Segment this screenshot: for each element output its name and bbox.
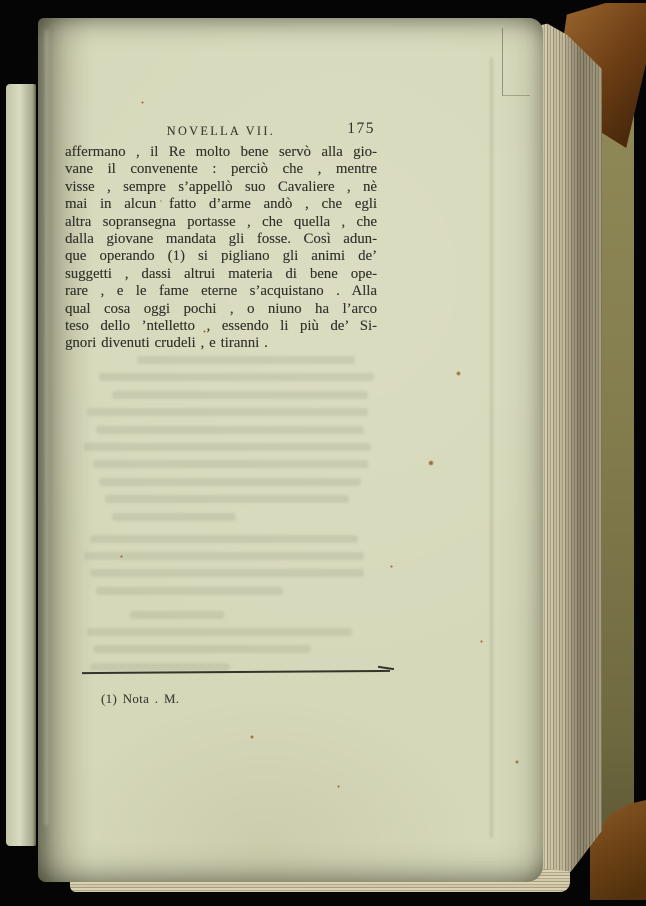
ghost-line bbox=[93, 645, 311, 653]
foxing-spot bbox=[390, 565, 393, 568]
text-line: dalla giovane mandata gli fosse. Così ad… bbox=[65, 231, 377, 248]
running-header: NOVELLA VII. 175 bbox=[65, 124, 377, 142]
text-line: rare , e le fame eterne s’acquistano . A… bbox=[65, 283, 377, 300]
ghost-line bbox=[96, 426, 364, 434]
ghost-line bbox=[84, 552, 365, 560]
ghost-line bbox=[87, 408, 368, 416]
text-line: suggetti , dassi altrui materia di bene … bbox=[65, 266, 377, 283]
ghost-line bbox=[137, 356, 355, 364]
foxing-spot bbox=[203, 330, 206, 333]
footnote: (1) Nota . M. bbox=[101, 692, 179, 707]
book-page: NOVELLA VII. 175 affermano , il Re molto… bbox=[38, 18, 543, 882]
page-number: 175 bbox=[347, 120, 375, 138]
ghost-line bbox=[105, 495, 348, 503]
ghost-line bbox=[90, 569, 365, 577]
page-corner-crease bbox=[502, 28, 530, 96]
ghost-line bbox=[99, 373, 374, 381]
text-line: vane il convenente : perciò che , mentre bbox=[65, 161, 377, 178]
text-line: visse , sempre s’appellò suo Cavaliere ,… bbox=[65, 179, 377, 196]
foxing-spot bbox=[120, 555, 123, 558]
water-stain bbox=[490, 58, 493, 838]
ghost-line bbox=[99, 478, 361, 486]
text-line: altra sopransegna portasse , che quella … bbox=[65, 214, 377, 231]
foxing-spot bbox=[428, 460, 434, 466]
text-line: qual cosa oggi pochi , o niuno ha l’arco bbox=[65, 301, 377, 318]
foxing-spot bbox=[160, 200, 162, 202]
text-line: mai in alcun fatto d’arme andò , che egl… bbox=[65, 196, 377, 213]
foxing-spot bbox=[515, 760, 519, 764]
ghost-line bbox=[93, 460, 368, 468]
ghost-line bbox=[130, 611, 224, 619]
ghost-line bbox=[90, 663, 230, 671]
text-line: gnori divenuti crudeli , e tiranni . bbox=[65, 335, 377, 352]
book-photo: NOVELLA VII. 175 affermano , il Re molto… bbox=[0, 0, 646, 906]
facing-page-edge bbox=[6, 84, 36, 846]
ghost-line bbox=[90, 535, 358, 543]
text-line: que operando (1) si pigliano gli animi d… bbox=[65, 248, 377, 265]
ghost-line bbox=[112, 391, 368, 399]
ghost-line bbox=[87, 628, 352, 636]
ghost-line bbox=[112, 513, 237, 521]
ghost-line bbox=[96, 587, 283, 595]
body-text: affermano , il Re molto bene servò alla … bbox=[65, 144, 377, 353]
foxing-spot bbox=[250, 735, 254, 739]
show-through-text bbox=[68, 356, 380, 680]
foxing-spot bbox=[141, 101, 144, 104]
foxing-spot bbox=[480, 640, 483, 643]
foxing-spot bbox=[456, 371, 461, 376]
ghost-line bbox=[84, 443, 371, 451]
text-line: teso dello ’ntelletto , essendo li più d… bbox=[65, 318, 377, 335]
foxing-spot bbox=[337, 785, 340, 788]
text-line: affermano , il Re molto bene servò alla … bbox=[65, 144, 377, 161]
header-title: NOVELLA VII. bbox=[65, 124, 377, 139]
